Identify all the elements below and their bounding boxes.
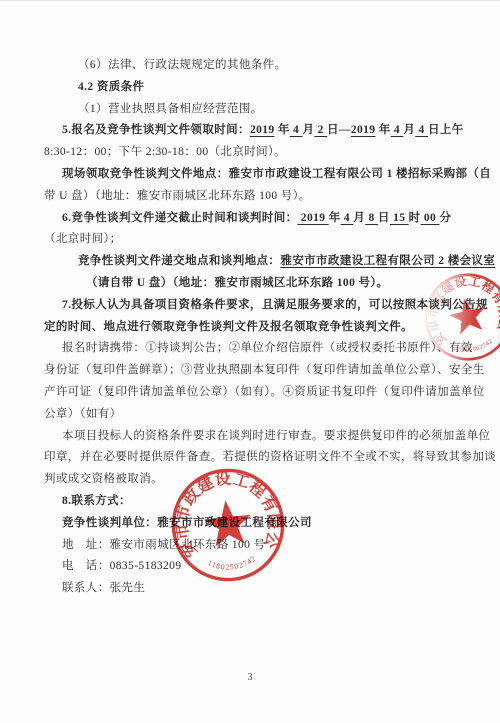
doc-text: 定的时间、地点进行领取竞争性谈判文件及报名领取竞争性谈判文件。 xyxy=(44,321,413,333)
filled-blank-text: 4 xyxy=(341,212,354,224)
doc-text: 地 址：雅安市雨城区北环东路 100 号 xyxy=(62,539,266,551)
doc-text: 5.报名及竞争性谈判文件领取时间： xyxy=(62,124,250,136)
filled-blank-text: 4 xyxy=(290,124,303,136)
filled-blank-text: 4 xyxy=(391,124,404,136)
doc-line: 4.2 资质条件 xyxy=(44,77,464,99)
doc-line: 判或成交资格被取消。 xyxy=(44,469,464,491)
doc-line: 8:30-12：00；下午 2:30-18：00（北京时间）。 xyxy=(44,142,464,164)
doc-text: 年 xyxy=(375,124,390,136)
doc-line: （北京时间）； xyxy=(44,229,464,251)
doc-text: 报名时请携带：①持谈判公告；②单位介绍信原件（或授权委托书原件）、有效 xyxy=(62,342,473,354)
doc-line: （6）法律、行政法规规定的其他条件。 xyxy=(44,55,464,77)
doc-text: 印章，并在必要时提供原件备查。若提供的资格证明文件不全或不实，将导致其参加谈 xyxy=(44,451,496,463)
doc-line: 8.联系方式： xyxy=(44,491,464,513)
doc-text: （北京时间）； xyxy=(44,233,122,245)
doc-line: 印章，并在必要时提供原件备查。若提供的资格证明文件不全或不实，将导致其参加谈 xyxy=(44,447,464,469)
doc-line: 7.投标人认为具备项目资格条件要求，且满足服务要求的，可以按照本谈判公告规 xyxy=(44,295,464,317)
doc-text: 月 xyxy=(302,124,314,136)
doc-line: 现场领取竞争性谈判文件地点：雅安市市政建设工程有限公司 1 楼招标采购部（自 xyxy=(44,164,464,186)
doc-text: （1）营业执照具备相应经营范围。 xyxy=(78,103,263,115)
doc-text: 联系人：张先生 xyxy=(62,582,145,594)
doc-line: 本项目投标人的资格条件要求在谈判时进行审查。要求提供复印件的必须加盖单位 xyxy=(44,426,464,448)
doc-line: 公章）（如有） xyxy=(44,404,464,426)
doc-text: 竞争性谈判文件递交地点和谈判地点： xyxy=(78,255,280,267)
document-body: （6）法律、行政法规规定的其他条件。4.2 资质条件（1）营业执照具备相应经营范… xyxy=(44,55,464,600)
doc-text: 判或成交资格被取消。 xyxy=(44,473,163,485)
doc-text: 身份证（复印件盖鲜章）；③营业执照副本复印件（复印件请加盖单位公章）、安全生 xyxy=(44,364,485,376)
doc-line: 地 址：雅安市雨城区北环东路 100 号 xyxy=(44,535,464,557)
filled-blank-text: 15 xyxy=(390,212,409,224)
doc-text: 6.竞争性谈判文件递交截止时间和谈判时间： xyxy=(62,212,298,224)
doc-text: 分 xyxy=(439,212,451,224)
filled-blank-text: 8 xyxy=(365,212,378,224)
filled-blank-text: 4 xyxy=(415,124,428,136)
doc-text: 月 xyxy=(403,124,415,136)
doc-line: 报名时请携带：①持谈判公告；②单位介绍信原件（或授权委托书原件）、有效 xyxy=(44,338,464,360)
filled-blank-text: 2 xyxy=(314,124,327,136)
doc-text: 公章）（如有） xyxy=(44,408,122,420)
doc-line: 竞争性谈判单位：雅安市市政建设工程有限公司 xyxy=(44,513,464,535)
doc-text: 年 xyxy=(329,212,341,224)
filled-blank-text: 2019 xyxy=(351,124,376,136)
doc-text: 竞争性谈判单位：雅安市市政建设工程有限公司 xyxy=(62,517,312,529)
doc-text: 年 xyxy=(275,124,290,136)
doc-line: 定的时间、地点进行领取竞争性谈判文件及报名领取竞争性谈判文件。 xyxy=(44,317,464,339)
filled-blank-text: 00 xyxy=(421,212,440,224)
doc-text: （请自带 U 盘）（地址：雅安市雨城区北环东路 100 号）。 xyxy=(86,277,388,289)
filled-blank-text: 雅安市市政建设工程有限公司 2 楼会议室 xyxy=(280,255,495,267)
doc-text: 时 xyxy=(409,212,421,224)
doc-text: 日— xyxy=(327,124,351,136)
doc-line: 产许可证（复印件请加盖单位公章）（如有）。④资质证书复印件（复印件请加盖单位 xyxy=(44,382,464,404)
doc-text: 8.联系方式： xyxy=(62,495,131,507)
doc-text: 月 xyxy=(353,212,365,224)
doc-text: 现场领取竞争性谈判文件地点：雅安市市政建设工程有限公司 1 楼招标采购部（自 xyxy=(62,168,491,180)
filled-blank-text: 2019 xyxy=(298,212,329,224)
doc-line: （1）营业执照具备相应经营范围。 xyxy=(44,99,464,121)
doc-text: 7.投标人认为具备项目资格条件要求，且满足服务要求的，可以按照本谈判公告规 xyxy=(62,299,488,311)
doc-text: 日上午 xyxy=(428,124,464,136)
page-number: 3 xyxy=(0,672,500,683)
filled-blank-text: 2019 xyxy=(250,124,275,136)
scanned-document-page: （6）法律、行政法规规定的其他条件。4.2 资质条件（1）营业执照具备相应经营范… xyxy=(0,1,500,723)
doc-line: 联系人：张先生 xyxy=(44,578,464,600)
doc-text: 产许可证（复印件请加盖单位公章）（如有）。④资质证书复印件（复印件请加盖单位 xyxy=(44,386,485,398)
doc-line: 6.竞争性谈判文件递交截止时间和谈判时间： 2019 年 4 月 8 日 15 … xyxy=(44,208,464,230)
doc-line: 带 U 盘）（地址：雅安市雨城区北环东路 100 号）。 xyxy=(44,186,464,208)
doc-text: 带 U 盘）（地址：雅安市雨城区北环东路 100 号）。 xyxy=(44,190,311,202)
doc-line: 竞争性谈判文件递交地点和谈判地点：雅安市市政建设工程有限公司 2 楼会议室 xyxy=(44,251,464,273)
doc-text: 8:30-12：00；下午 2:30-18：00（北京时间）。 xyxy=(44,146,286,158)
doc-line: 5.报名及竞争性谈判文件领取时间：2019 年 4 月 2 日—2019 年 4… xyxy=(44,120,464,142)
doc-line: 电 话：0835-5183209 xyxy=(44,556,464,578)
doc-line: （请自带 U 盘）（地址：雅安市雨城区北环东路 100 号）。 xyxy=(44,273,464,295)
doc-text: 日 xyxy=(378,212,390,224)
doc-text: 电 话：0835-5183209 xyxy=(62,560,181,572)
doc-text: 4.2 资质条件 xyxy=(78,81,144,93)
doc-text: （6）法律、行政法规规定的其他条件。 xyxy=(78,59,286,71)
doc-text: 本项目投标人的资格条件要求在谈判时进行审查。要求提供复印件的必须加盖单位 xyxy=(62,430,490,442)
doc-line: 身份证（复印件盖鲜章）；③营业执照副本复印件（复印件请加盖单位公章）、安全生 xyxy=(44,360,464,382)
